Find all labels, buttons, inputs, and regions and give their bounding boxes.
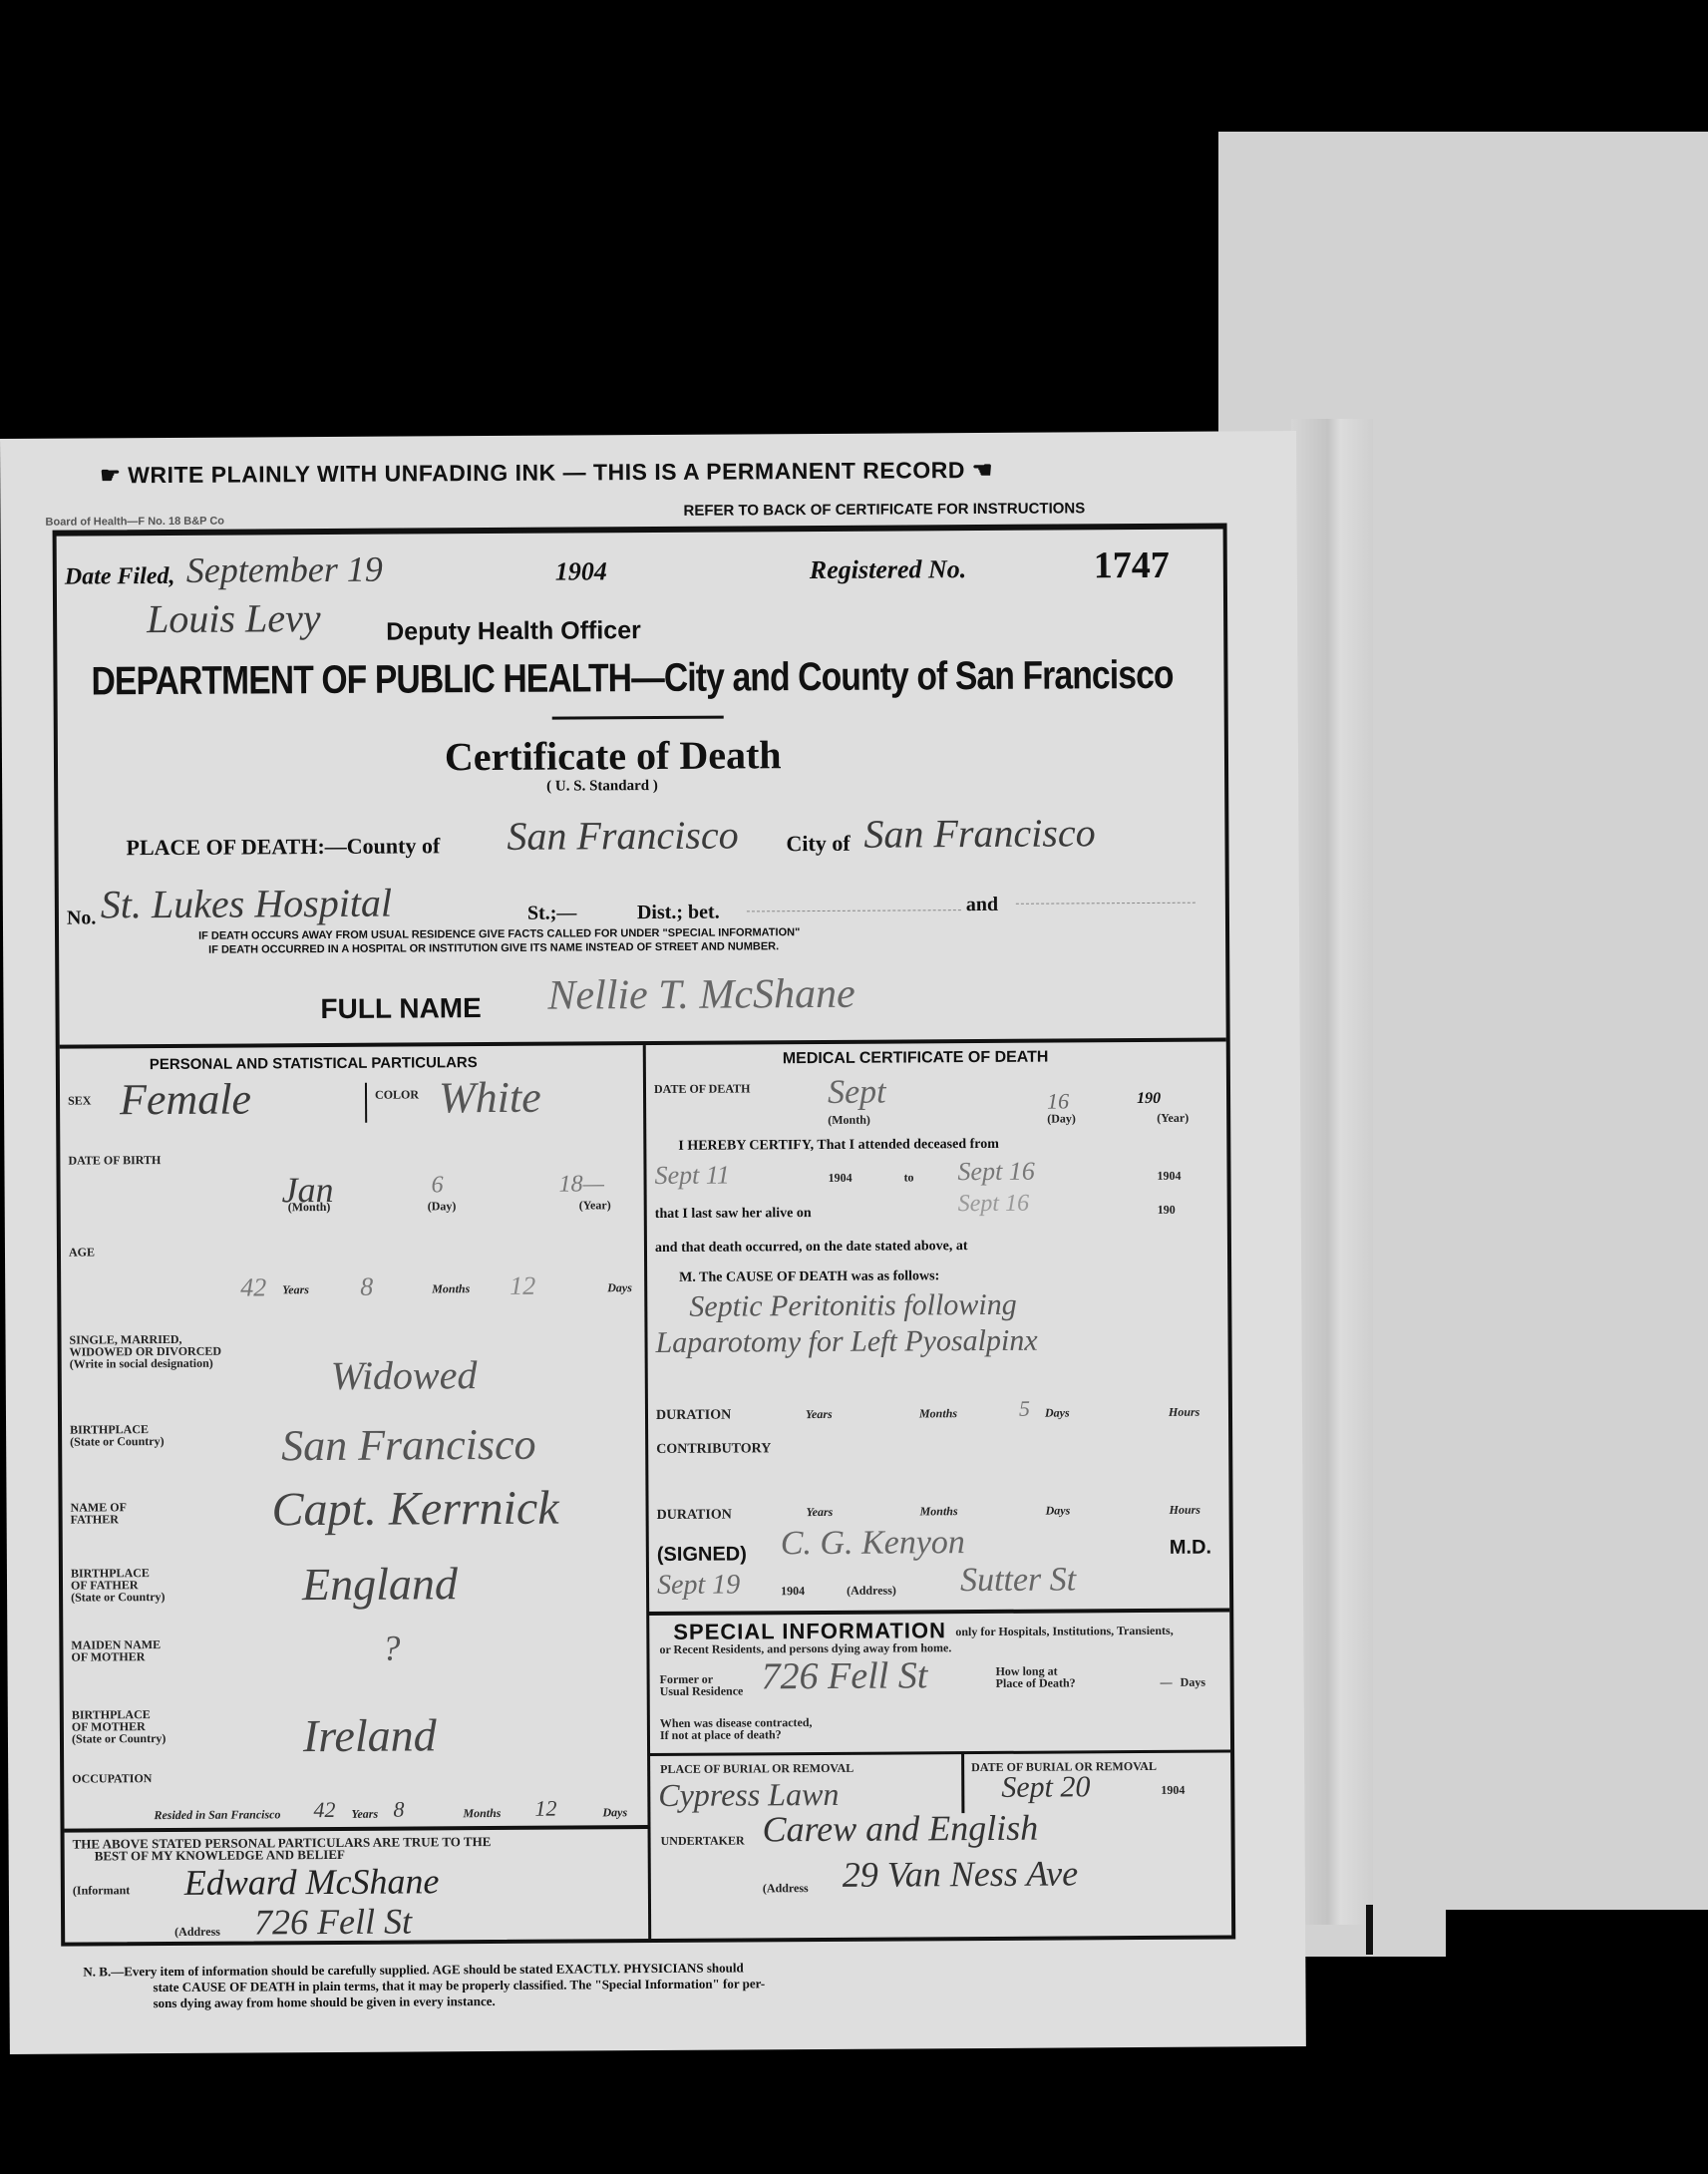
duration2-months-caption: Months xyxy=(920,1504,958,1519)
burial-date: Sept 20 xyxy=(1001,1770,1090,1805)
signed-date: Sept 19 xyxy=(657,1569,740,1602)
city-value: San Francisco xyxy=(863,809,1095,857)
father-value: Capt. Kerrnick xyxy=(271,1481,558,1538)
sex-value: Female xyxy=(120,1073,251,1125)
resided-years: 42 xyxy=(313,1797,335,1823)
resided-days-caption: Days xyxy=(602,1805,627,1820)
dob-label: DATE OF BIRTH xyxy=(68,1154,161,1167)
instruction-2: IF DEATH OCCURRED IN A HOSPITAL OR INSTI… xyxy=(208,940,779,955)
sex-label: SEX xyxy=(68,1094,91,1106)
dob-year: 18— xyxy=(558,1171,604,1198)
informant-label: (Informant xyxy=(73,1884,130,1896)
undertaker-address: 29 Van Ness Ave xyxy=(843,1852,1079,1895)
duration2-years-caption: Years xyxy=(807,1505,834,1520)
certificate-title: Certificate of Death xyxy=(445,731,782,780)
year-caption: (Year) xyxy=(579,1199,611,1211)
column-divider xyxy=(643,1045,651,1939)
city-label: City of xyxy=(786,831,850,857)
father-label-2: FATHER xyxy=(71,1513,119,1525)
duration-hours-caption: Hours xyxy=(1169,1405,1199,1420)
physician-address-label: (Address) xyxy=(847,1585,896,1597)
father-bp-value: England xyxy=(302,1557,458,1611)
birthplace-value: San Francisco xyxy=(281,1419,536,1472)
attended-from-year: 1904 xyxy=(829,1172,853,1184)
full-name-label: FULL NAME xyxy=(320,992,481,1025)
registered-number: 1747 xyxy=(1094,543,1170,587)
mother-bp-value: Ireland xyxy=(303,1708,437,1762)
special-heading-note: only for Hospitals, Institutions, Transi… xyxy=(955,1625,1173,1637)
age-months: 8 xyxy=(360,1272,373,1302)
street-label: St.;— xyxy=(527,902,577,924)
and-label: and xyxy=(966,894,998,916)
dod-label: DATE OF DEATH xyxy=(654,1082,751,1095)
department-title: DEPARTMENT OF PUBLIC HEALTH—City and Cou… xyxy=(91,653,1173,705)
resided-label: Resided in San Francisco xyxy=(154,1807,280,1823)
and-field xyxy=(1016,903,1196,905)
refer-note: REFER TO BACK OF CERTIFICATE FOR INSTRUC… xyxy=(683,500,1085,519)
cause-label: M. The CAUSE OF DEATH was as follows: xyxy=(679,1268,939,1286)
officer-title: Deputy Health Officer xyxy=(386,616,641,647)
date-filed-label: Date Filed, xyxy=(65,563,175,591)
marital-value: Widowed xyxy=(331,1351,478,1399)
duration2-label: DURATION xyxy=(657,1510,732,1522)
how-long-value: — xyxy=(1161,1676,1173,1688)
burial-column-divider xyxy=(961,1753,964,1813)
last-saw-label: that I last saw her alive on xyxy=(655,1206,812,1223)
day-caption: (Day) xyxy=(428,1200,457,1212)
age-years-caption: Years xyxy=(282,1282,309,1297)
burial-place-label: PLACE OF BURIAL OR REMOVAL xyxy=(660,1762,854,1775)
to-label: to xyxy=(904,1171,914,1183)
date-filed-year: 1904 xyxy=(555,556,607,586)
birthplace-sub: (State or Country) xyxy=(70,1435,165,1448)
registered-label: Registered No. xyxy=(810,554,967,585)
form-frame: Date Filed, September 19 1904 Registered… xyxy=(53,523,1236,1946)
age-days: 12 xyxy=(510,1271,535,1301)
dod-month: Sept xyxy=(828,1074,886,1112)
last-saw-value: Sept 16 xyxy=(958,1191,1029,1218)
cause-line-1: Septic Peritonitis following xyxy=(689,1288,1017,1324)
mother-label-2: OF MOTHER xyxy=(71,1650,145,1662)
title-rule xyxy=(552,716,724,720)
dod-day-caption: (Day) xyxy=(1047,1112,1076,1124)
burial-year: 1904 xyxy=(1161,1784,1185,1796)
informant-address: 726 Fell St xyxy=(254,1901,412,1944)
resided-months: 8 xyxy=(393,1797,404,1823)
certify-text: I HEREBY CERTIFY, That I attended deceas… xyxy=(678,1137,999,1155)
duration2-hours-caption: Hours xyxy=(1170,1503,1200,1518)
how-long-label-2: Place of Death? xyxy=(996,1676,1076,1688)
dod-year-caption: (Year) xyxy=(1157,1112,1189,1124)
dark-background xyxy=(1446,1910,1708,2174)
age-years: 42 xyxy=(240,1272,266,1302)
pointing-hand-icon: ☚ xyxy=(965,457,993,483)
duration-months-caption: Months xyxy=(919,1406,957,1421)
no-label: No. xyxy=(67,906,97,929)
footnote-line-3: sons dying away from home should be give… xyxy=(154,1993,496,2011)
color-label: COLOR xyxy=(375,1088,419,1100)
residence-label-2: Usual Residence xyxy=(660,1684,744,1697)
burial-divider xyxy=(648,1749,1230,1756)
occurred-text: and that death occurred, on the date sta… xyxy=(655,1239,968,1257)
certificate-subtitle: ( U. S. Standard ) xyxy=(546,778,658,796)
physician-address: Sutter St xyxy=(960,1561,1076,1600)
spine-mark xyxy=(1366,1905,1373,1955)
duration-label: DURATION xyxy=(656,1410,731,1422)
special-divider xyxy=(647,1608,1229,1616)
contracted-label-2: If not at place of death? xyxy=(660,1728,782,1741)
county-value: San Francisco xyxy=(507,811,738,859)
cause-line-2: Laparotomy for Left Pyosalpinx xyxy=(655,1324,1037,1360)
last-saw-year: 190 xyxy=(1158,1204,1176,1216)
md-label: M.D. xyxy=(1170,1537,1211,1560)
personal-heading: PERSONAL AND STATISTICAL PARTICULARS xyxy=(150,1054,478,1073)
duration2-days-caption: Days xyxy=(1046,1503,1071,1518)
district-label: Dist.; bet. xyxy=(637,902,720,925)
father-bp-label-3: (State or Country) xyxy=(71,1591,166,1604)
mother-value: ? xyxy=(382,1628,400,1669)
contributory-label: CONTRIBUTORY xyxy=(656,1443,771,1456)
medical-heading: MEDICAL CERTIFICATE OF DEATH xyxy=(783,1049,1049,1069)
sex-color-divider xyxy=(365,1083,367,1123)
attended-to-year: 1904 xyxy=(1157,1170,1181,1182)
pointing-hand-icon: ☛ xyxy=(100,462,128,488)
age-days-caption: Days xyxy=(607,1280,632,1295)
attended-from: Sept 11 xyxy=(654,1161,730,1191)
how-long-unit: Days xyxy=(1181,1676,1205,1688)
attended-to: Sept 16 xyxy=(957,1157,1034,1187)
footnote-line-2: state CAUSE OF DEATH in plain terms, tha… xyxy=(153,1976,765,1995)
occupation-label: OCCUPATION xyxy=(72,1772,152,1784)
date-filed-value: September 19 xyxy=(186,548,383,591)
banner: ☛ WRITE PLAINLY WITH UNFADING INK — THIS… xyxy=(100,457,993,489)
undertaker-address-label: (Address xyxy=(763,1882,809,1894)
instruction-1: IF DEATH OCCURS AWAY FROM USUAL RESIDENC… xyxy=(198,926,800,942)
resided-months-caption: Months xyxy=(463,1806,501,1821)
duration-years-caption: Years xyxy=(806,1407,833,1422)
printer-mark: Board of Health—F No. 18 B&P Co xyxy=(45,516,224,529)
residence-value: 726 Fell St xyxy=(761,1653,927,1698)
age-label: AGE xyxy=(69,1246,95,1258)
officer-signature: Louis Levy xyxy=(147,594,321,642)
resided-years-caption: Years xyxy=(351,1807,378,1822)
color-value: White xyxy=(439,1072,541,1124)
signed-label: (SIGNED) xyxy=(657,1543,747,1567)
place-of-death-label: PLACE OF DEATH:—County of xyxy=(126,833,440,861)
institution-value: St. Lukes Hospital xyxy=(101,880,393,928)
death-certificate: ☛ WRITE PLAINLY WITH UNFADING INK — THIS… xyxy=(0,431,1306,2054)
age-months-caption: Months xyxy=(432,1281,470,1296)
duration-days-caption: Days xyxy=(1045,1405,1070,1420)
undertaker-label: UNDERTAKER xyxy=(661,1834,745,1847)
informant-divider xyxy=(65,1825,649,1833)
month-caption: (Month) xyxy=(288,1201,331,1213)
district-field xyxy=(747,909,961,911)
physician-signature: C. G. Kenyon xyxy=(781,1524,965,1563)
mother-bp-label-3: (State or Country) xyxy=(72,1732,167,1745)
dob-day: 6 xyxy=(432,1172,444,1199)
marital-label-3: (Write in social designation) xyxy=(70,1357,213,1370)
banner-text: WRITE PLAINLY WITH UNFADING INK — THIS I… xyxy=(128,457,965,488)
dod-month-caption: (Month) xyxy=(828,1114,870,1126)
undertaker-value: Carew and English xyxy=(762,1807,1038,1851)
resided-days: 12 xyxy=(534,1796,556,1822)
dod-year: 190 xyxy=(1137,1090,1161,1108)
duration-days: 5 xyxy=(1019,1396,1030,1422)
full-name-value: Nellie T. McShane xyxy=(547,970,855,1020)
signed-year: 1904 xyxy=(781,1585,805,1597)
informant-address-label: (Address xyxy=(174,1926,220,1938)
informant-name: Edward McShane xyxy=(184,1860,440,1904)
